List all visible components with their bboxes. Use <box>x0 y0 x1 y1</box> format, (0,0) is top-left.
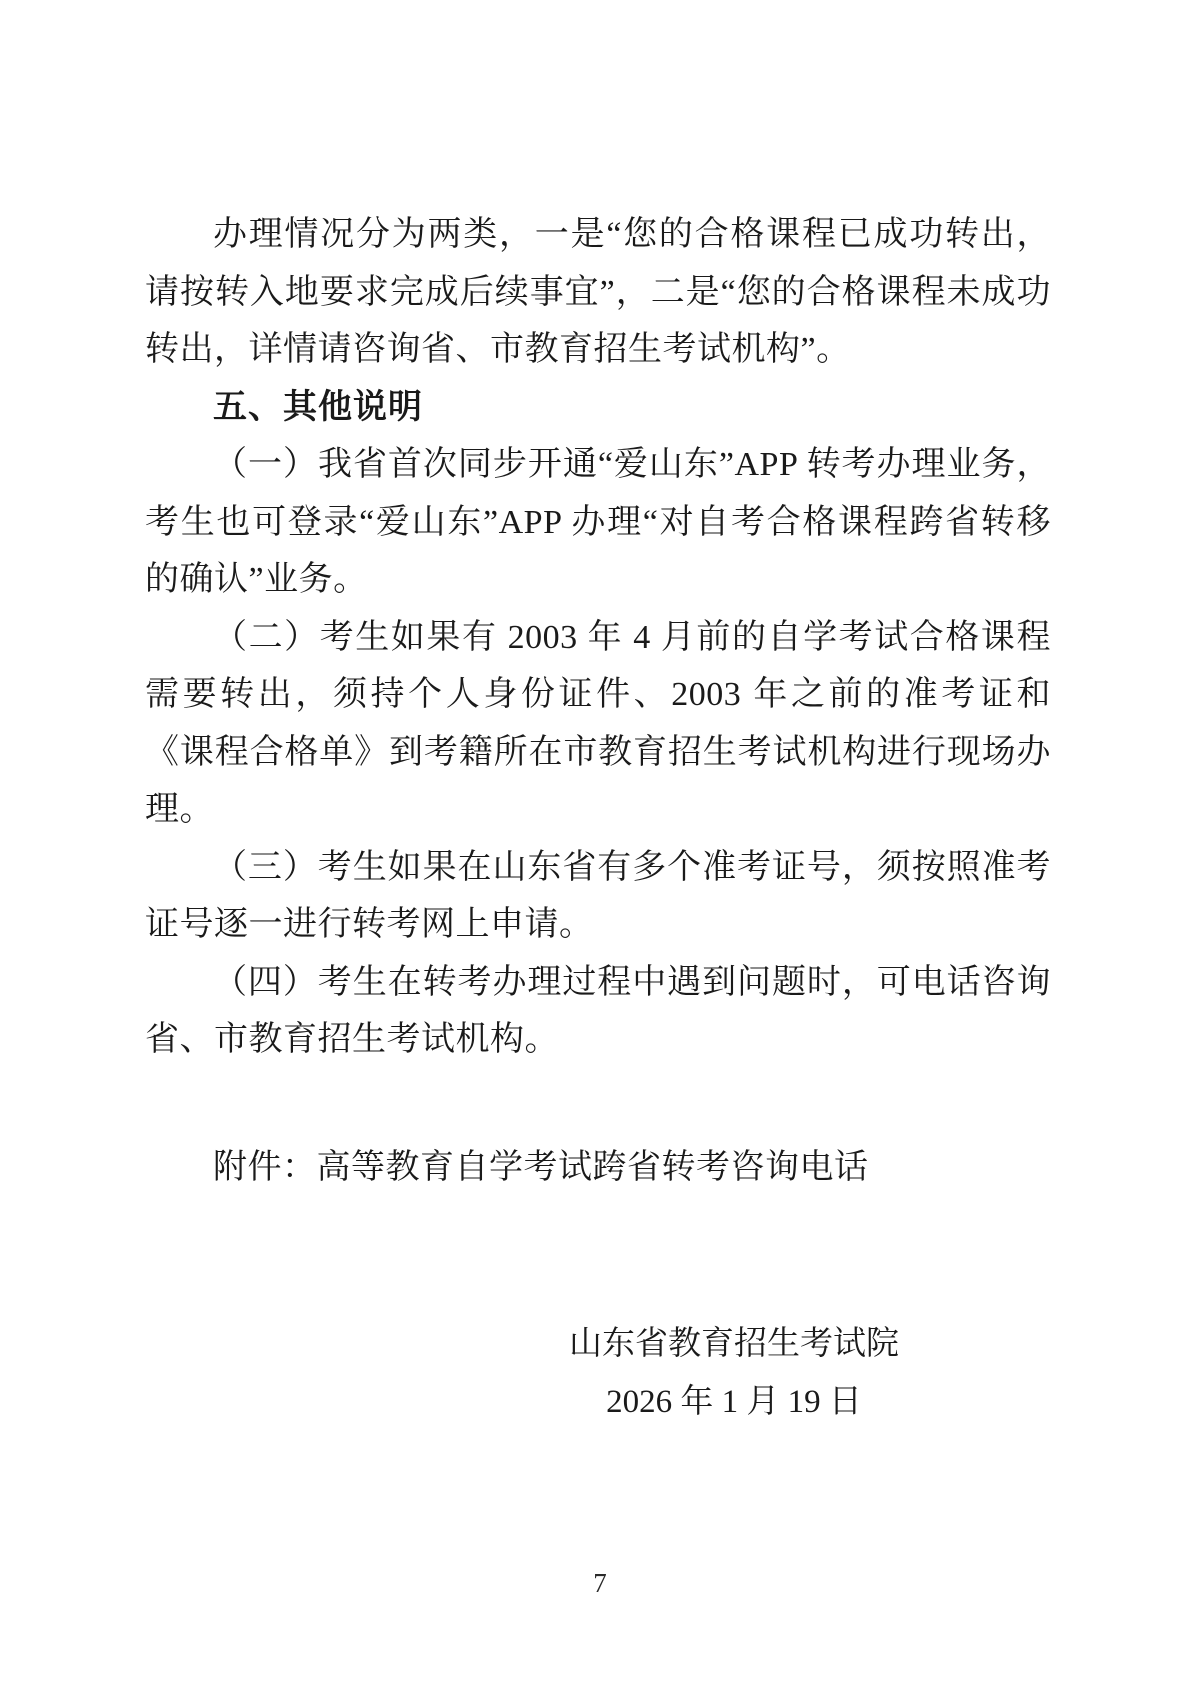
signature-organization: 山东省教育招生考试院 <box>564 1316 904 1374</box>
section-item-1: （一）我省首次同步开通“爱山东”APP 转考办理业务，考生也可登录“爱山东”AP… <box>145 436 1051 609</box>
section-item-4: （四）考生在转考办理过程中遇到问题时，可电话咨询省、市教育招生考试机构。 <box>145 954 1051 1069</box>
section-item-3: （三）考生如果在山东省有多个准考证号，须按照准考证号逐一进行转考网上申请。 <box>145 839 1051 954</box>
section-item-2: （二）考生如果有 2003 年 4 月前的自学考试合格课程需要转出，须持个人身份… <box>145 609 1051 839</box>
section-heading-other-notes: 五、其他说明 <box>145 379 1051 437</box>
document-body: 办理情况分为两类，一是“您的合格课程已成功转出，请按转入地要求完成后续事宜”，二… <box>145 206 1051 1431</box>
attachment-note: 附件：高等教育自学考试跨省转考咨询电话 <box>145 1139 1051 1197</box>
intro-paragraph: 办理情况分为两类，一是“您的合格课程已成功转出，请按转入地要求完成后续事宜”，二… <box>145 206 1051 379</box>
signature-block: 山东省教育招生考试院 2026 年 1 月 19 日 <box>564 1316 904 1431</box>
page-number: 7 <box>0 1566 1200 1600</box>
signature-date: 2026 年 1 月 19 日 <box>564 1374 904 1432</box>
document-page: 办理情况分为两类，一是“您的合格课程已成功转出，请按转入地要求完成后续事宜”，二… <box>0 0 1200 1697</box>
